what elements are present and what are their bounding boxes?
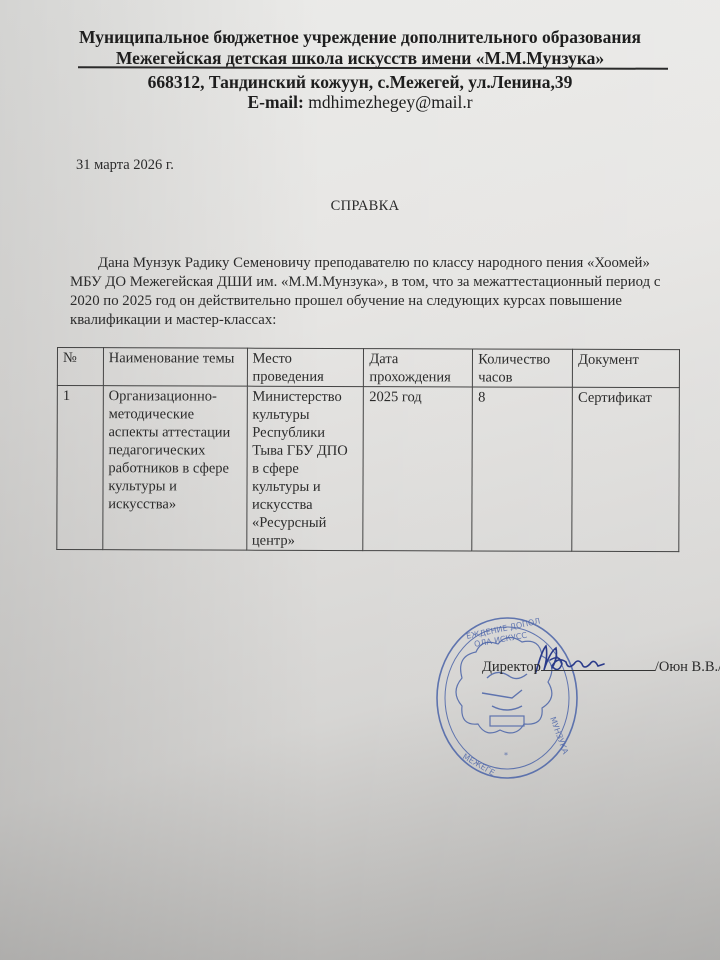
col-header-topic: Наименование темы	[103, 348, 247, 387]
cell-date: 2025 год	[363, 387, 472, 551]
email-value: mdhimezhegey@mail.r	[308, 92, 472, 112]
email-label: E-mail:	[247, 92, 303, 112]
col-header-document: Документ	[573, 349, 680, 387]
svg-text:*: *	[504, 751, 508, 760]
cell-number: 1	[57, 386, 103, 550]
org-name-line1: Муниципальное бюджетное учреждение допол…	[0, 27, 720, 48]
document-body: Дана Мунзук Радику Семеновичу преподават…	[70, 254, 670, 330]
table-row: 1 Организационно-методические аспекты ат…	[57, 386, 680, 552]
document-title: СПРАВКА	[0, 198, 720, 215]
cell-hours: 8	[472, 387, 572, 551]
signatory-role: Директор	[482, 659, 541, 675]
signatory-name: /Оюн В.В./	[655, 659, 720, 675]
header-divider	[78, 66, 668, 70]
body-paragraph: Дана Мунзук Радику Семеновичу преподават…	[70, 254, 670, 330]
col-header-hours: Количество часов	[473, 349, 573, 387]
cell-topic: Организационно-методические аспекты атте…	[103, 386, 247, 551]
official-stamp-icon: ЕЖДЕНИЕ ДОПОЛ ОЛА ИСКУСС МУНЗУКА МЕЖЕГЕ …	[432, 608, 582, 783]
svg-text:МУНЗУКА: МУНЗУКА	[548, 716, 570, 756]
col-header-date: Дата прохождения	[364, 349, 473, 387]
table-header-row: № Наименование темы Место проведения Дат…	[57, 348, 679, 388]
org-email: E-mail: mdhimezhegey@mail.r	[0, 92, 720, 113]
signature-line	[541, 656, 655, 671]
courses-table: № Наименование темы Место проведения Дат…	[56, 347, 680, 552]
cell-document: Сертификат	[572, 387, 679, 551]
cell-place: Министерство культуры Республики Тыва ГБ…	[246, 386, 363, 550]
signature-block: Директор/Оюн В.В./	[482, 656, 720, 676]
col-header-number: №	[57, 348, 103, 386]
svg-text:МЕЖЕГЕ: МЕЖЕГЕ	[461, 752, 496, 778]
document-date: 31 марта 2026 г.	[76, 157, 174, 174]
org-address: 668312, Тандинский кожуун, с.Межегей, ул…	[0, 72, 720, 93]
col-header-place: Место проведения	[247, 348, 364, 386]
